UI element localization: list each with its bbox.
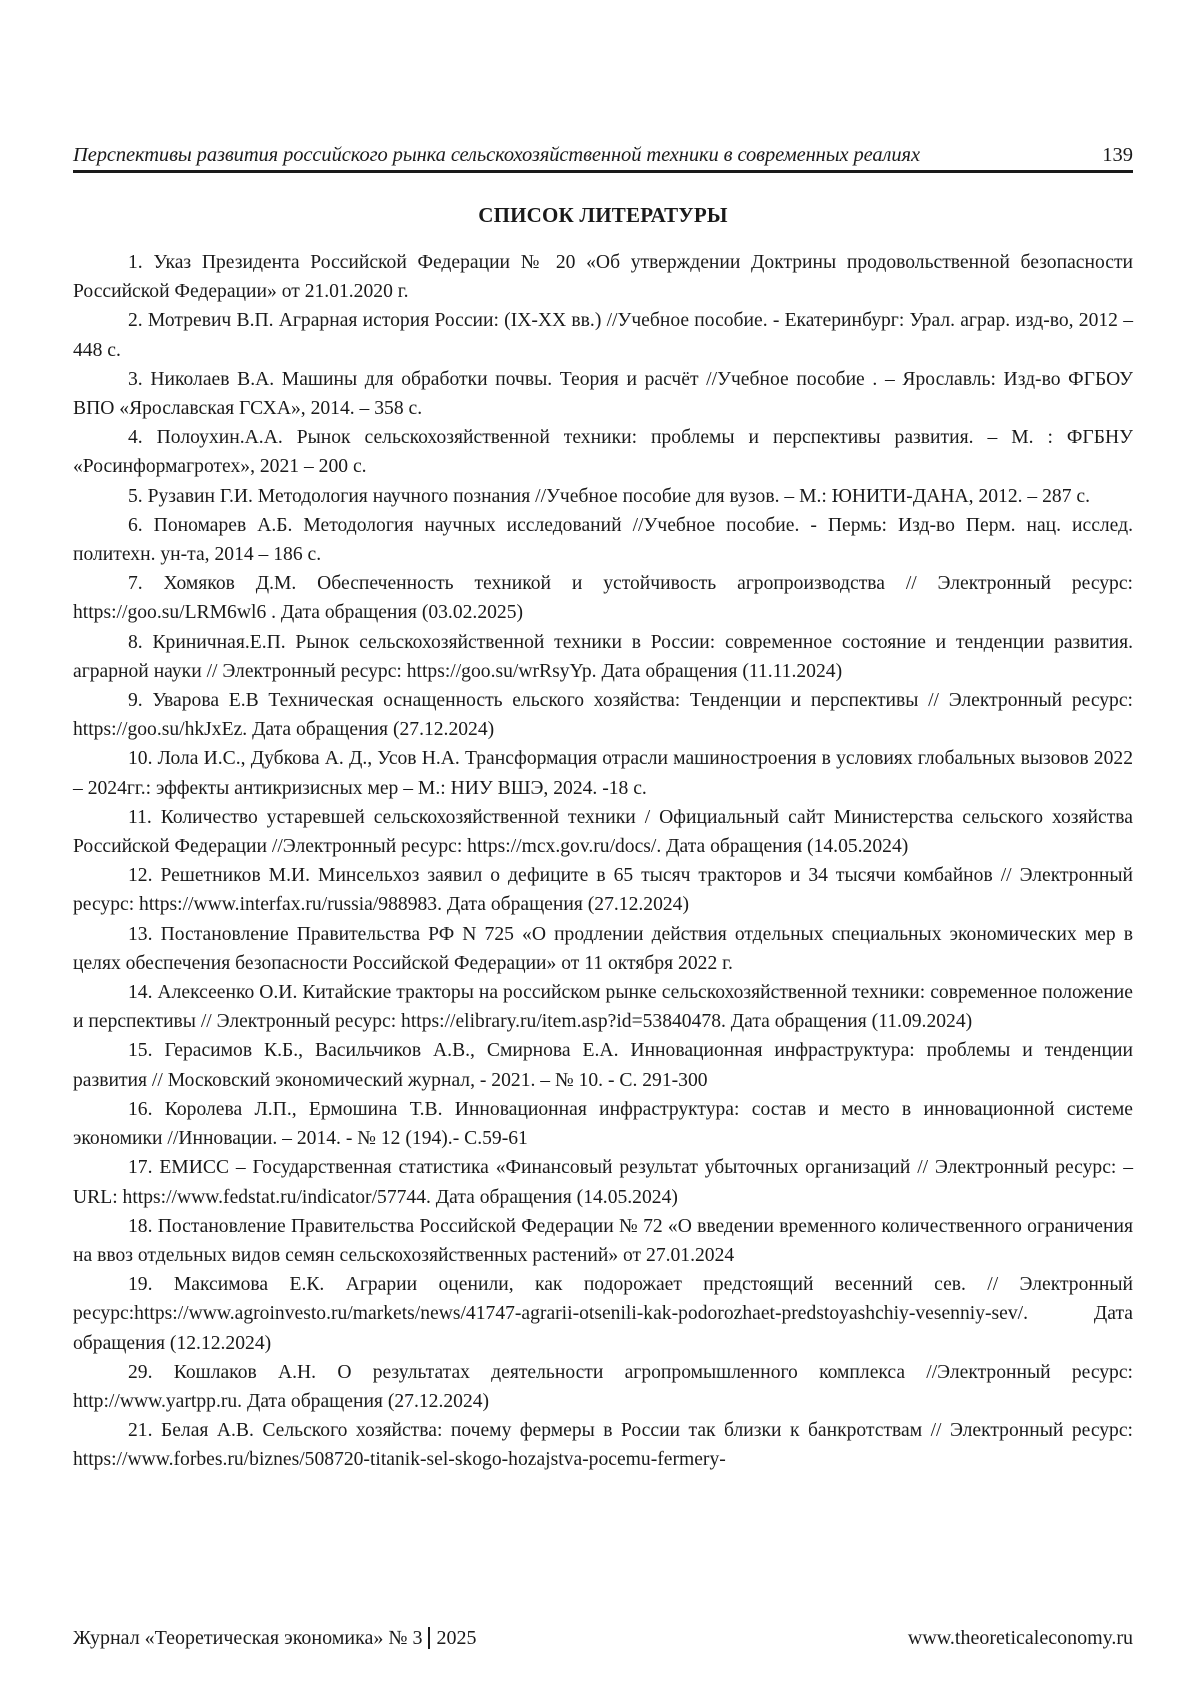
reference-item: 17. ЕМИСС – Государственная статистика «… bbox=[73, 1153, 1133, 1211]
reference-item: 21. Белая А.В. Сельского хозяйства: поче… bbox=[73, 1416, 1133, 1474]
reference-item: 11. Количество устаревшей сельскохозяйст… bbox=[73, 803, 1133, 861]
reference-item: 1. Указ Президента Российской Федерации … bbox=[73, 248, 1133, 306]
journal-year: 2025 bbox=[436, 1625, 476, 1651]
page-footer: Журнал «Теоретическая экономика» № 3 202… bbox=[73, 1625, 1133, 1651]
reference-item: 29. Кошлаков А.Н. О результатах деятельн… bbox=[73, 1358, 1133, 1416]
reference-item: 5. Рузавин Г.И. Методология научного поз… bbox=[73, 482, 1133, 511]
reference-item: 19. Максимова Е.К. Аграрии оценили, как … bbox=[73, 1270, 1133, 1358]
reference-item: 4. Полоухин.А.А. Рынок сельскохозяйствен… bbox=[73, 423, 1133, 481]
journal-info: Журнал «Теоретическая экономика» № 3 202… bbox=[73, 1625, 476, 1651]
reference-item: 7. Хомяков Д.М. Обеспеченность техникой … bbox=[73, 569, 1133, 627]
reference-item: 12. Решетников М.И. Минсельхоз заявил о … bbox=[73, 861, 1133, 919]
reference-item: 9. Уварова Е.В Техническая оснащенность … bbox=[73, 686, 1133, 744]
reference-item: 10. Лола И.С., Дубкова А. Д., Усов Н.А. … bbox=[73, 744, 1133, 802]
separator bbox=[428, 1627, 430, 1649]
running-title: Перспективы развития российского рынка с… bbox=[73, 142, 920, 168]
running-header: Перспективы развития российского рынка с… bbox=[73, 142, 1133, 173]
reference-item: 3. Николаев В.А. Машины для обработки по… bbox=[73, 365, 1133, 423]
journal-website: www.theoreticaleconomy.ru bbox=[908, 1625, 1133, 1651]
reference-item: 15. Герасимов К.Б., Васильчиков А.В., См… bbox=[73, 1036, 1133, 1094]
reference-item: 8. Криничная.Е.П. Рынок сельскохозяйстве… bbox=[73, 628, 1133, 686]
journal-name: Журнал «Теоретическая экономика» № 3 bbox=[73, 1625, 422, 1651]
reference-item: 18. Постановление Правительства Российск… bbox=[73, 1212, 1133, 1270]
section-title: СПИСОК ЛИТЕРАТУРЫ bbox=[73, 203, 1133, 228]
reference-list: 1. Указ Президента Российской Федерации … bbox=[73, 248, 1133, 1475]
page-number: 139 bbox=[1102, 142, 1133, 168]
reference-item: 2. Мотревич В.П. Аграрная история России… bbox=[73, 306, 1133, 364]
reference-item: 14. Алексеенко О.И. Китайские тракторы н… bbox=[73, 978, 1133, 1036]
reference-item: 13. Постановление Правительства РФ N 725… bbox=[73, 920, 1133, 978]
reference-item: 16. Королева Л.П., Ермошина Т.В. Инновац… bbox=[73, 1095, 1133, 1153]
document-page: Перспективы развития российского рынка с… bbox=[73, 0, 1133, 1697]
reference-item: 6. Пономарев А.Б. Методология научных ис… bbox=[73, 511, 1133, 569]
